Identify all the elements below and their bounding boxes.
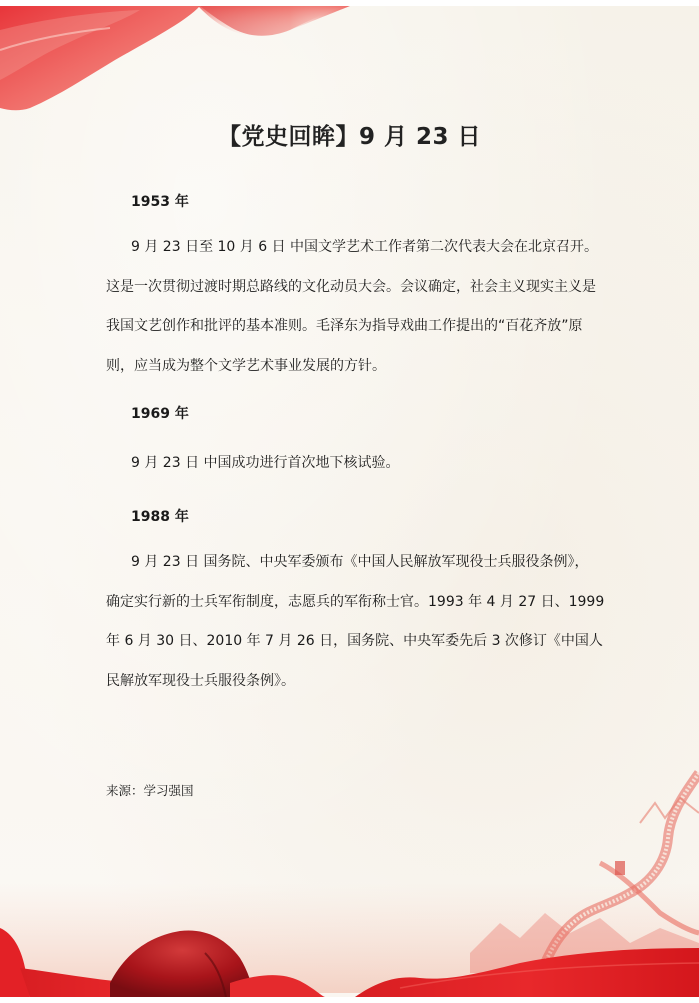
entry-paragraph-1988: 9 月 23 日 国务院、中央军委颁布《中国人民解放军现役士兵服役条例》， 确定… [106, 543, 598, 701]
red-ribbon-top-decoration [0, 0, 699, 120]
year-heading-1988: 1988 年 [131, 506, 189, 526]
paragraph-line: 我国文艺创作和批评的基本准则。毛泽东为指导戏曲工作提出的“百花齐放”原 [106, 307, 598, 347]
paragraph-line: 9 月 23 日 国务院、中央军委颁布《中国人民解放军现役士兵服役条例》， [106, 543, 598, 583]
bottom-margin [0, 997, 699, 1003]
paragraph-line: 民解放军现役士兵服役条例》。 [106, 662, 598, 702]
bottom-decoration [0, 743, 699, 1003]
top-margin [0, 0, 699, 6]
entry-paragraph-1969: 9 月 23 日 中国成功进行首次地下核试验。 [106, 444, 598, 484]
paragraph-line: 确定实行新的士兵军衔制度，志愿兵的军衔称士官。1993 年 4 月 27 日、1… [106, 583, 598, 623]
source-attribution: 来源：学习强国 [106, 781, 194, 799]
paragraph-line: 这是一次贯彻过渡时期总路线的文化动员大会。会议确定，社会主义现实主义是 [106, 268, 598, 308]
paragraph-line: 则，应当成为整个文学艺术事业发展的方针。 [106, 347, 598, 387]
paragraph-line: 9 月 23 日至 10 月 6 日 中国文学艺术工作者第二次代表大会在北京召开… [106, 228, 598, 268]
paragraph-line: 9 月 23 日 中国成功进行首次地下核试验。 [106, 444, 598, 484]
page-title: 【党史回眸】9 月 23 日 [0, 118, 699, 151]
year-heading-1969: 1969 年 [131, 403, 189, 423]
year-heading-1953: 1953 年 [131, 191, 189, 211]
entry-paragraph-1953: 9 月 23 日至 10 月 6 日 中国文学艺术工作者第二次代表大会在北京召开… [106, 228, 598, 386]
great-wall-illustration [470, 773, 699, 973]
paragraph-line: 年 6 月 30 日、2010 年 7 月 26 日，国务院、中央军委先后 3 … [106, 622, 598, 662]
